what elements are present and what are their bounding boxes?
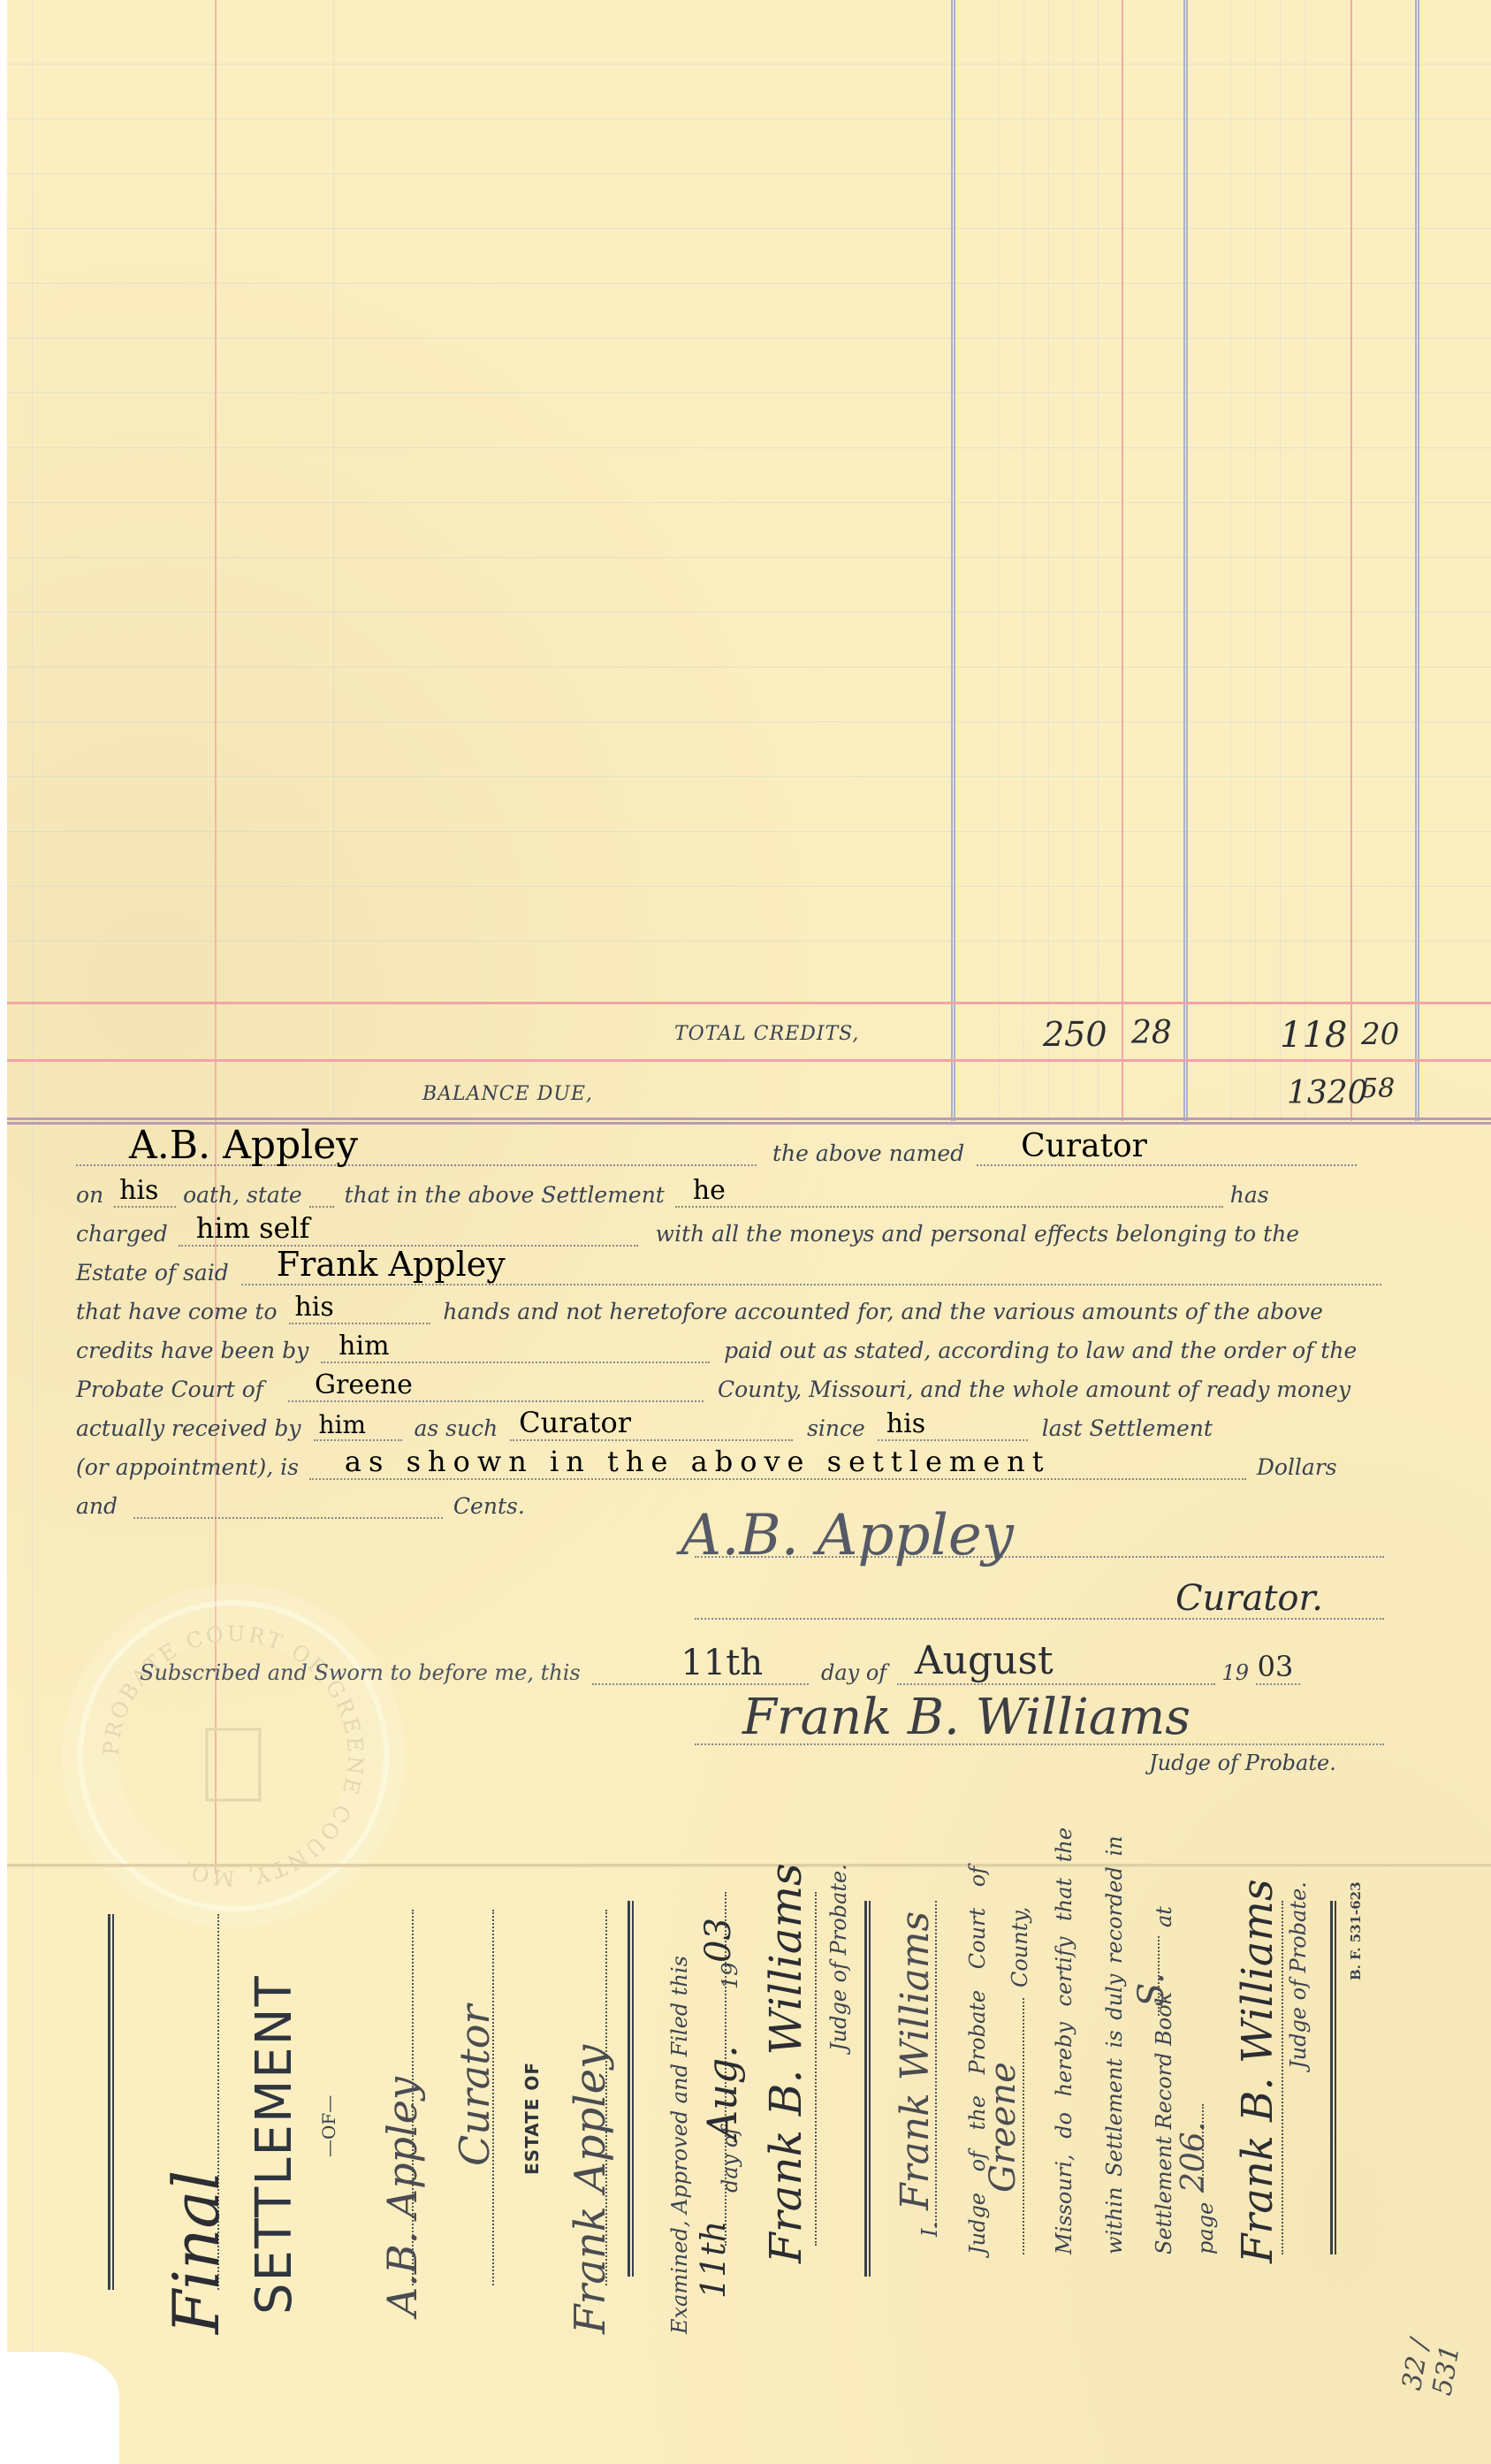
back-panel-divider-1 <box>628 1901 634 2277</box>
paper-fold <box>7 1864 1491 1867</box>
curator-signature: A.B. Appley <box>681 1503 1014 1568</box>
received-by-field: him <box>319 1410 367 1439</box>
curator-title: Curator. <box>1175 1578 1323 1619</box>
settlement-of-name: A.B. Appley <box>378 2077 426 2316</box>
oath-pronoun-field: his <box>119 1175 158 1206</box>
cert-judge-signature: Frank B. Williams <box>1233 1879 1282 2263</box>
column-rule-1 <box>951 0 955 1121</box>
come-to-field: his <box>294 1292 333 1323</box>
balance-due-dollars: 1320 <box>1287 1075 1368 1111</box>
jurat-day-field: 11th <box>681 1643 763 1683</box>
affidavit-line-3: charged him self with all the moneys and… <box>76 1221 1384 1253</box>
settlement-pronoun-field: he <box>693 1175 726 1206</box>
jurat-year-field: 03 <box>1258 1650 1294 1683</box>
cert-county-label: County, <box>1008 1907 1032 1987</box>
balance-due-label: BALANCE DUE, <box>422 1083 593 1105</box>
affidavit-line-6: credits have been by him paid out as sta… <box>76 1338 1384 1369</box>
filed-month-field: Aug. <box>698 2045 746 2140</box>
cert-county-field: Greene <box>983 2062 1023 2193</box>
settlement-title: SETTLEMENT <box>246 1974 303 2315</box>
affidavit-line-4: Estate of said Frank Appley <box>76 1260 1384 1292</box>
filed-judge-signature: Frank B. Williams <box>760 1863 811 2263</box>
cents-rule-1 <box>1122 0 1123 1121</box>
back-panel-left-border <box>108 1914 114 2290</box>
total-credits-col2-cents: 20 <box>1361 1017 1399 1052</box>
cert-record-book-field: S. <box>1131 1972 1172 2007</box>
cert-i-label: I. <box>917 2222 942 2237</box>
filed-year-prefix: 19 <box>718 1962 742 1989</box>
estate-of-label: ESTATE OF <box>521 2062 543 2175</box>
final-handwritten: Final <box>159 2170 233 2334</box>
cert-at-label: at <box>1152 1906 1176 1927</box>
balance-due-cents: 58 <box>1361 1073 1395 1104</box>
estate-name: Frank Appley <box>566 2045 615 2334</box>
cert-within-label: within Settlement is duly recorded in <box>1102 1835 1127 2254</box>
column-rule-2 <box>1183 0 1188 1121</box>
form-number: B. F. 531-623 <box>1348 1881 1364 1980</box>
estate-of-field: Frank Appley <box>277 1245 506 1284</box>
jurat-month-field: August <box>915 1638 1054 1683</box>
cents-rule-2 <box>1350 0 1352 1121</box>
credits-by-field: him <box>339 1331 389 1362</box>
total-credits-col1-cents: 28 <box>1131 1015 1172 1051</box>
cert-page-label: page <box>1193 2202 1218 2254</box>
affidavit-line-9: (or appointment), is as shown in the abo… <box>76 1454 1384 1486</box>
affidavit-line-7: Probate Court of Greene County, Missouri… <box>76 1377 1384 1408</box>
curator-name-field: A.B. Appley <box>129 1123 358 1168</box>
since-field: his <box>886 1408 925 1439</box>
affidavit-line-5: that have come to his hands and not here… <box>76 1299 1384 1331</box>
total-credits-rule-top <box>7 1002 1491 1004</box>
column-rule-3 <box>1415 0 1419 1121</box>
back-panel-right-border <box>1330 1901 1336 2254</box>
filed-judge-label: Judge of Probate. <box>826 1864 851 2051</box>
above-named-field: Curator <box>1021 1128 1147 1164</box>
affidavit-line-1: A.B. Appley the above named Curator <box>76 1140 1384 1172</box>
filed-judge-rule <box>815 1892 817 2246</box>
margin-rule-left <box>215 0 217 1874</box>
total-credits-rule-bottom <box>7 1059 1491 1062</box>
as-such-field: Curator <box>519 1406 631 1439</box>
charged-field: him self <box>196 1211 310 1245</box>
filed-year-field: 03 <box>698 1918 739 1963</box>
cert-i-field: Frank Williams <box>893 1911 938 2210</box>
cert-judge-label: Judge of Probate. <box>1286 1881 1311 2069</box>
settlement-of-role: Curator <box>451 2005 498 2166</box>
back-panel-divider-2 <box>864 1901 871 2277</box>
examined-approved-filed-label: Examined, Approved and Filed this <box>667 1956 692 2334</box>
total-credits-label: TOTAL CREDITS, <box>674 1023 859 1045</box>
total-credits-col1-dollars: 250 <box>1043 1015 1107 1054</box>
affidavit-line-2: on his oath, state that in the above Set… <box>76 1182 1384 1214</box>
cert-record-book-label: Settlement Record Book <box>1152 1992 1176 2254</box>
judge-of-probate-label: Judge of Probate. <box>1149 1751 1336 1775</box>
judge-signature: Frank B. Williams <box>742 1689 1191 1746</box>
of-label: —OF— <box>318 2095 339 2157</box>
cert-missouri-label: Missouri, do hereby certify that the <box>1052 1827 1076 2254</box>
total-credits-col2-dollars: 118 <box>1280 1015 1347 1056</box>
torn-corner <box>0 2352 119 2464</box>
amount-field: as shown in the above settlement <box>345 1445 1051 1478</box>
affidavit-line-8: actually received by him as such Curator… <box>76 1415 1384 1447</box>
probate-county-field: Greene <box>315 1369 413 1400</box>
cert-page-field: 206. <box>1175 2122 1212 2193</box>
cert-judge-line-label: Judge of the Probate Court of <box>965 1866 990 2254</box>
jurat-line: Subscribed and Sworn to before me, this … <box>140 1660 1395 1692</box>
filed-day-field: 11th <box>694 2221 733 2299</box>
